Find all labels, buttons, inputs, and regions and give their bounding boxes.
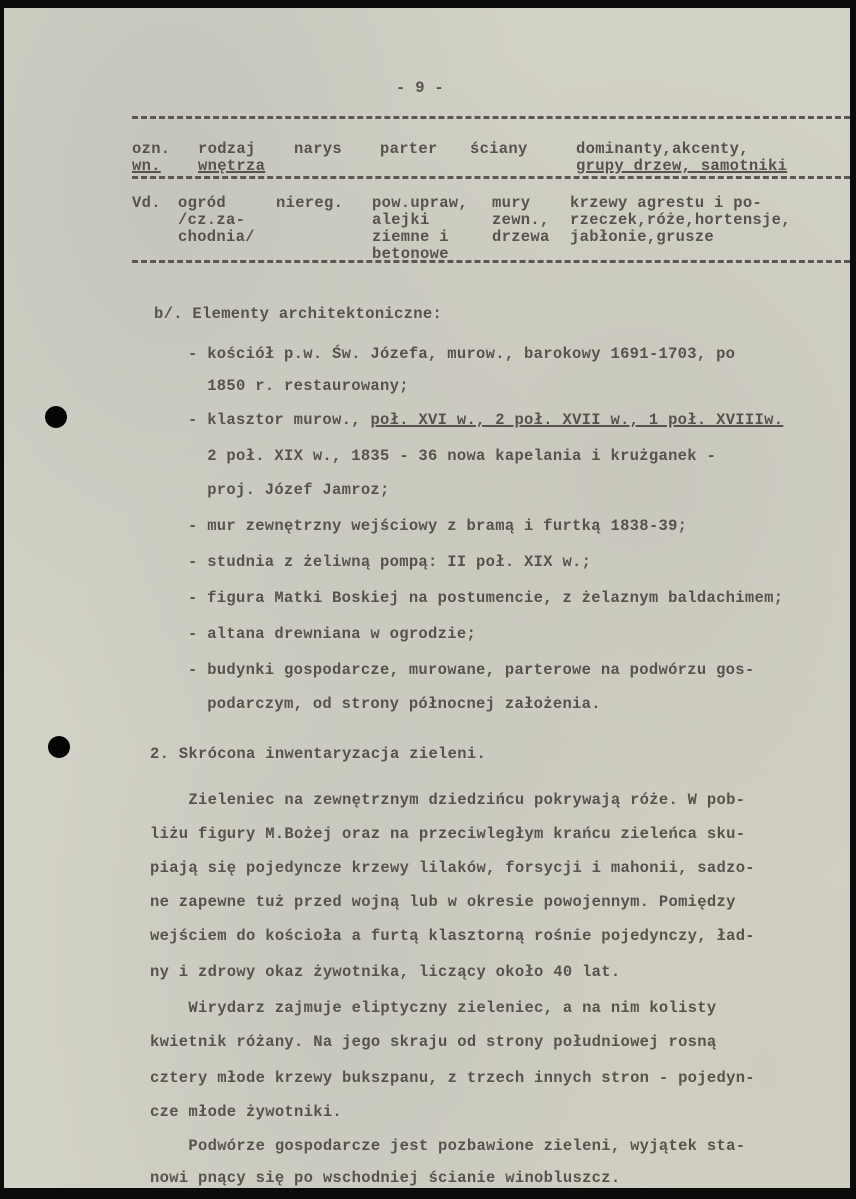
- cell-rodzaj-3: chodnia/: [178, 229, 255, 246]
- para2-line2: kwietnik różany. Na jego skraju od stron…: [150, 1034, 717, 1051]
- para1-line4: ne zapewne tuż przed wojną lub w okresie…: [150, 894, 736, 911]
- header-ozn-1: ozn.: [132, 141, 170, 158]
- section-b-heading: b/. Elementy architektoniczne:: [154, 306, 442, 323]
- para2-line4: cze młode żywotniki.: [150, 1104, 342, 1121]
- document-page: - 9 - ozn. wn. rodzaj wnętrza narys part…: [4, 8, 850, 1188]
- header-rodzaj-1: rodzaj: [198, 141, 256, 158]
- arch-item-arbor: - altana drewniana w ogrodzie;: [188, 626, 476, 643]
- punch-hole-bottom: [48, 736, 70, 758]
- cell-ozn: Vd.: [132, 195, 161, 212]
- para1-line5: wejściem do kościoła a furtą klasztorną …: [150, 928, 755, 945]
- cell-dominanty-2: rzeczek,róże,hortensje,: [570, 212, 791, 229]
- cell-dominanty-1: krzewy agrestu i po-: [570, 195, 762, 212]
- header-sciany: ściany: [470, 141, 528, 158]
- para3-line2: nowi pnący się po wschodniej ścianie win…: [150, 1170, 620, 1187]
- cell-parter-3: ziemne i: [372, 229, 449, 246]
- para1-line1: Zieleniec na zewnętrznym dziedzińcu pokr…: [150, 792, 745, 809]
- header-rodzaj-2: wnętrza: [198, 158, 265, 175]
- para3-line1: Podwórze gospodarcze jest pozbawione zie…: [150, 1138, 745, 1155]
- arch-item-church-2: 1850 r. restaurowany;: [188, 378, 409, 395]
- header-bottom-rule: [132, 176, 850, 179]
- para1-line2: liżu figury M.Bożej oraz na przeciwległy…: [150, 826, 745, 843]
- para1-line6: ny i zdrowy okaz żywotnika, liczący okoł…: [150, 964, 620, 981]
- arch-item-monastery-3: proj. Józef Jamroz;: [188, 482, 390, 499]
- cell-narys: niereg.: [276, 195, 343, 212]
- arch-item-wall: - mur zewnętrzny wejściowy z bramą i fur…: [188, 518, 687, 535]
- arch-item-church-1: - kościół p.w. Św. Józefa, murow., barok…: [188, 346, 735, 363]
- arch-item-farm-2: podarczym, od strony północnej założenia…: [188, 696, 601, 713]
- arch-item-monastery-dates: poł. XVI w., 2 poł. XVII w., 1 poł. XVII…: [370, 411, 783, 429]
- header-dominanty-2: grupy drzew, samotniki: [576, 158, 787, 175]
- cell-sciany-1: mury: [492, 195, 530, 212]
- table-top-rule: [132, 116, 850, 119]
- header-dominanty-1: dominanty,akcenty,: [576, 141, 749, 158]
- cell-dominanty-3: jabłonie,grusze: [570, 229, 714, 246]
- cell-sciany-2: zewn.,: [492, 212, 550, 229]
- header-parter: parter: [380, 141, 438, 158]
- cell-rodzaj-1: ogród: [178, 195, 226, 212]
- arch-item-monastery-2: 2 poł. XIX w., 1835 - 36 nowa kapelania …: [188, 448, 716, 465]
- cell-rodzaj-2: /cz.za-: [178, 212, 245, 229]
- cell-sciany-3: drzewa: [492, 229, 550, 246]
- punch-hole-top: [45, 406, 67, 428]
- arch-item-monastery-prefix: - klasztor murow.,: [188, 411, 370, 429]
- para1-line3: piają się pojedyncze krzewy lilaków, for…: [150, 860, 755, 877]
- table-bottom-rule: [132, 260, 850, 263]
- para2-line1: Wirydarz zajmuje eliptyczny zieleniec, a…: [150, 1000, 717, 1017]
- header-ozn-2: wn.: [132, 158, 161, 175]
- arch-item-farm-1: - budynki gospodarcze, murowane, partero…: [188, 662, 755, 679]
- arch-item-figure: - figura Matki Boskiej na postumencie, z…: [188, 590, 783, 607]
- section-2-heading: 2. Skrócona inwentaryzacja zieleni.: [150, 746, 486, 763]
- para2-line3: cztery młode krzewy bukszpanu, z trzech …: [150, 1070, 755, 1087]
- page-number: - 9 -: [396, 80, 444, 97]
- cell-parter-1: pow.upraw,: [372, 195, 468, 212]
- arch-item-well: - studnia z żeliwną pompą: II poł. XIX w…: [188, 554, 591, 571]
- header-narys: narys: [294, 141, 342, 158]
- arch-item-monastery-1: - klasztor murow., poł. XVI w., 2 poł. X…: [188, 412, 783, 429]
- cell-parter-2: alejki: [372, 212, 430, 229]
